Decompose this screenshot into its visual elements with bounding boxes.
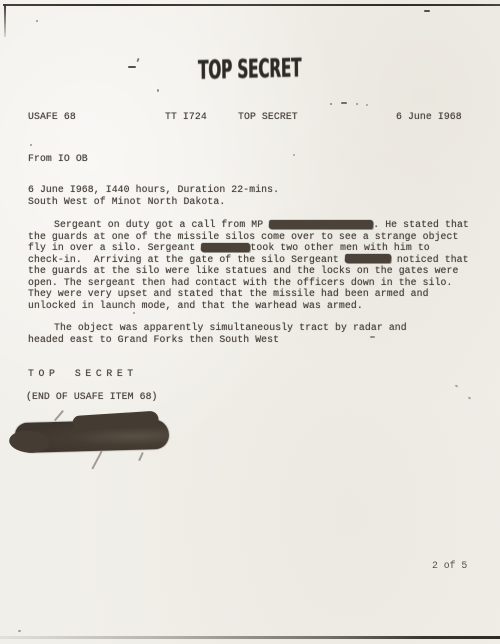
body-text: noticed that xyxy=(391,254,469,265)
scan-artifact xyxy=(36,20,38,22)
scan-artifact xyxy=(366,104,368,106)
redaction-bar xyxy=(201,243,251,252)
pen-stroke xyxy=(54,410,64,421)
scan-artifact xyxy=(133,312,135,314)
body-text-line: The object was apparently simultaneously… xyxy=(28,322,407,334)
pen-stroke xyxy=(91,451,102,469)
body-text: Sergeant on duty got a call from MP xyxy=(54,219,269,230)
scan-artifact xyxy=(468,396,472,399)
body-text: check-in. Arriving at the gate of the si… xyxy=(28,254,345,265)
header-station: USAFE 68 xyxy=(28,111,76,123)
body-text-line: check-in. Arriving at the gate of the si… xyxy=(28,254,469,266)
body-text-line: Sergeant on duty got a call from MP . He… xyxy=(28,219,469,231)
scanned-document-page: TOP SECRET USAFE 68 TT I724 TOP SECRET 6… xyxy=(0,0,500,644)
redaction-bar xyxy=(345,254,392,263)
from-line: From IO OB xyxy=(28,153,88,165)
page-border-bottom xyxy=(0,636,500,639)
scan-artifact xyxy=(136,58,139,62)
header-reference: TT I724 xyxy=(165,111,207,123)
page-border-left xyxy=(4,4,6,37)
scan-artifact xyxy=(455,384,459,387)
body-text-line: the guards at one of the missile silos c… xyxy=(28,231,459,243)
scan-artifact xyxy=(341,102,347,104)
redaction-blob xyxy=(15,419,170,453)
scan-artifact xyxy=(293,154,295,156)
body-text: . He stated that xyxy=(373,219,469,230)
scan-artifact xyxy=(157,89,159,92)
redaction-bar xyxy=(269,220,374,229)
body-text-line: fly in over a silo. Sergeant took two ot… xyxy=(28,242,430,254)
scan-artifact xyxy=(370,336,375,338)
end-of-item-line: (END OF USAFE ITEM 68) xyxy=(26,391,158,403)
page-border-top xyxy=(3,4,500,6)
header-date: 6 June I968 xyxy=(396,111,462,123)
body-text-line: They were very upset and stated that the… xyxy=(28,288,429,300)
scan-artifact xyxy=(18,630,21,632)
footer-classification: TOP SECRET xyxy=(28,368,138,380)
top-secret-stamp: TOP SECRET xyxy=(198,53,302,86)
body-text-line: the guards at the silo were like statues… xyxy=(28,265,459,277)
pen-stroke xyxy=(138,452,143,461)
body-text-line: unlocked in launch mode, and that the wa… xyxy=(28,300,363,312)
body-text-line: open. The sergeant then had contact with… xyxy=(28,277,453,289)
header-classification: TOP SECRET xyxy=(238,111,298,123)
scan-artifact xyxy=(356,103,358,105)
body-text-line: headed east to Grand Forks then South We… xyxy=(28,334,279,346)
page-number: 2 of 5 xyxy=(432,560,467,571)
body-text: took two other men with him to xyxy=(250,242,429,253)
body-text: fly in over a silo. Sergeant xyxy=(28,242,201,253)
summary-line: South West of Minot North Dakota. xyxy=(28,196,225,208)
scan-artifact xyxy=(424,10,430,12)
summary-line: 6 June I968, I440 hours, Duration 22-min… xyxy=(28,184,279,196)
scan-artifact xyxy=(30,144,32,146)
scan-artifact xyxy=(128,66,136,68)
scan-artifact xyxy=(330,103,332,105)
